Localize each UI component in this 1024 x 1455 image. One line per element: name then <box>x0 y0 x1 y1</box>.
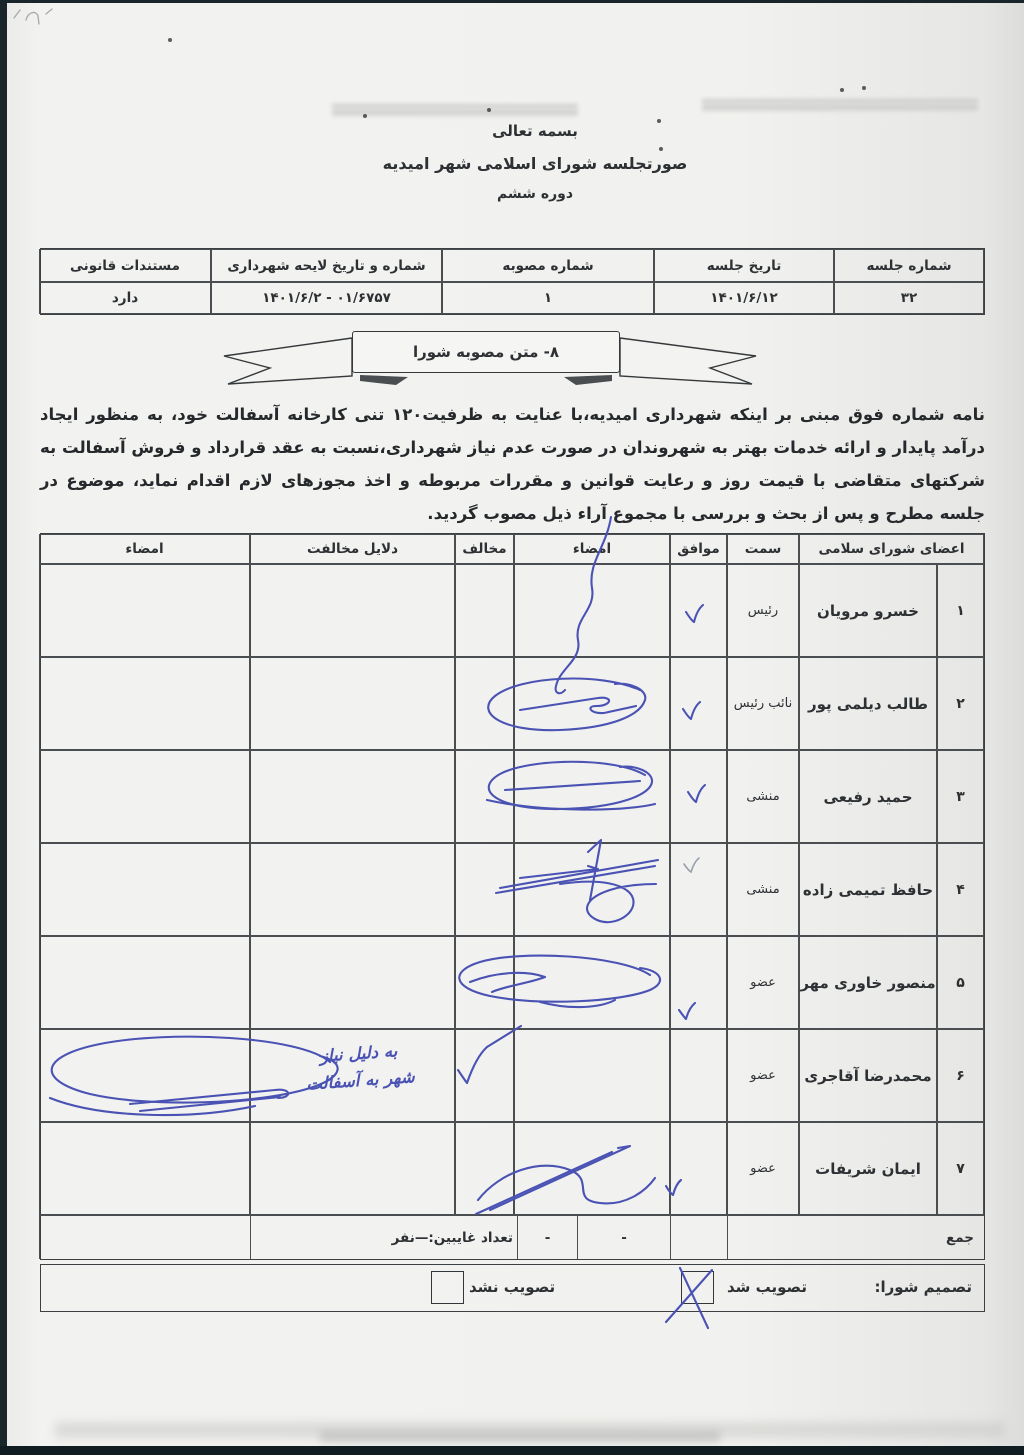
signature2-cell <box>39 657 250 750</box>
row-number: ۳ <box>937 750 984 843</box>
col-legal-docs-header: مستندات قانونی <box>39 249 211 282</box>
council-decision-box: تصمیم شورا: تصویب شد تصویب نشد <box>40 1264 985 1312</box>
col-session-no-header: شماره جلسه <box>834 249 984 282</box>
scanned-document-page: بسمه تعالی صورتجلسه شورای اسلامی شهر امی… <box>0 0 1024 1455</box>
against-cell <box>455 1122 514 1215</box>
header-agree: موافق <box>670 534 727 564</box>
against-reason-cell <box>250 936 455 1029</box>
col-bill-no-header: شماره و تاریخ لایحه شهرداری <box>211 249 442 282</box>
against-cell <box>455 750 514 843</box>
ink-speck <box>840 88 844 92</box>
signature2-cell <box>39 1122 250 1215</box>
signature-cell <box>514 1029 670 1122</box>
member-position: رئیس <box>727 564 799 657</box>
member-name: محمدرضا آقاجری <box>799 1029 937 1122</box>
header-position: سمت <box>727 534 799 564</box>
ink-speck <box>363 114 367 118</box>
member-name: حافظ تمیمی زاده <box>799 843 937 936</box>
agree-cell <box>670 1122 727 1215</box>
decision-label: تصمیم شورا: <box>874 1265 972 1309</box>
bismillah-line: بسمه تعالی <box>46 122 1024 140</box>
signature-cell <box>514 657 670 750</box>
pencil-scribble <box>10 4 60 26</box>
scan-blur-band <box>320 1431 720 1442</box>
signature-cell <box>514 564 670 657</box>
total-empty-agree <box>670 1216 727 1259</box>
col-resolution-no-header: شماره مصوبه <box>442 249 654 282</box>
total-empty-position <box>727 1216 799 1259</box>
rejected-label: تصویب نشد <box>469 1265 555 1309</box>
row-number: ۷ <box>937 1122 984 1215</box>
signature-cell <box>514 936 670 1029</box>
against-reason-cell <box>250 1122 455 1215</box>
ink-speck <box>487 108 491 112</box>
member-position: نائب رئیس <box>727 657 799 750</box>
session-no-value: ۳۲ <box>834 282 984 314</box>
col-session-date-header: تاریخ جلسه <box>654 249 834 282</box>
agree-cell <box>670 657 727 750</box>
agree-cell <box>670 750 727 843</box>
resolution-no-value: ۱ <box>442 282 654 314</box>
total-against-dash: - <box>517 1216 577 1259</box>
member-name: طالب دیلمی پور <box>799 657 937 750</box>
member-name: حمید رفیعی <box>799 750 937 843</box>
member-position: منشی <box>727 843 799 936</box>
scanner-edge-bottom <box>0 1446 1024 1455</box>
total-empty-signature2 <box>39 1216 250 1259</box>
signature2-cell <box>39 936 250 1029</box>
total-label: جمع <box>799 1216 984 1259</box>
signature-cell <box>514 1122 670 1215</box>
document-title: صورتجلسه شورای اسلامی شهر امیدیه <box>46 154 1024 173</box>
row-number: ۱ <box>937 564 984 657</box>
scan-smudge-right <box>702 99 978 112</box>
signature2-cell <box>39 750 250 843</box>
against-cell <box>455 564 514 657</box>
row-number: ۵ <box>937 936 984 1029</box>
signature2-cell <box>39 564 250 657</box>
agree-cell <box>670 936 727 1029</box>
session-date-value: ۱۴۰۱/۶/۱۲ <box>654 282 834 314</box>
scan-smudge-left <box>332 104 578 117</box>
header-against-reasons: دلایل مخالفت <box>250 534 455 564</box>
section-banner: ۸- متن مصوبه شورا <box>352 331 620 373</box>
member-name: خسرو مرویان <box>799 564 937 657</box>
rejected-checkbox <box>431 1271 464 1304</box>
agree-cell <box>670 843 727 936</box>
against-cell <box>455 843 514 936</box>
member-position: منشی <box>727 750 799 843</box>
header-signature2: امضاء <box>39 534 250 564</box>
approved-checkbox <box>681 1271 714 1304</box>
against-cell <box>455 936 514 1029</box>
row-number: ۲ <box>937 657 984 750</box>
agree-cell <box>670 1029 727 1122</box>
scanner-edge-top <box>0 0 1024 3</box>
member-position: عضو <box>727 1122 799 1215</box>
row-number: ۶ <box>937 1029 984 1122</box>
member-position: عضو <box>727 1029 799 1122</box>
signature-cell <box>514 843 670 936</box>
signature2-cell <box>39 843 250 936</box>
against-cell <box>455 1029 514 1122</box>
ink-speck <box>168 38 172 42</box>
document-header: بسمه تعالی صورتجلسه شورای اسلامی شهر امی… <box>46 122 1024 202</box>
member-name: منصور خاوری مهر <box>799 936 937 1029</box>
member-position: عضو <box>727 936 799 1029</box>
term-line: دوره ششم <box>46 186 1024 202</box>
against-reason-cell <box>250 843 455 936</box>
member-name: ایمان شریفات <box>799 1122 937 1215</box>
signature2-cell <box>39 1029 250 1122</box>
header-signature: امضاء <box>514 534 670 564</box>
legal-docs-value: دارد <box>39 282 211 314</box>
ink-speck <box>862 86 866 90</box>
agree-cell <box>670 564 727 657</box>
against-cell <box>455 657 514 750</box>
against-reason-cell <box>250 564 455 657</box>
scanner-edge-left <box>0 0 7 1455</box>
total-row: جمع - - تعداد غایبین:—نفر <box>39 1215 984 1259</box>
resolution-text: نامه شماره فوق مبنی بر اینکه شهرداری امی… <box>40 398 985 530</box>
vote-table: اعضای شورای سلامی سمت موافق امضاء مخالف … <box>40 533 985 1260</box>
signature-cell <box>514 750 670 843</box>
absent-count-label: تعداد غایبین:—نفر <box>250 1216 517 1259</box>
approved-label: تصویب شد <box>727 1265 807 1309</box>
against-reason-cell <box>250 750 455 843</box>
session-info-table: شماره جلسه تاریخ جلسه شماره مصوبه شماره … <box>40 248 985 315</box>
bill-no-value: ۱۴۰۱/۶/۲ - ۰۱/۶۷۵۷ <box>262 290 391 306</box>
header-against: مخالف <box>455 534 514 564</box>
total-signature-dash: - <box>577 1216 670 1259</box>
row-number: ۴ <box>937 843 984 936</box>
against-reason-cell <box>250 657 455 750</box>
header-members: اعضای شورای سلامی <box>799 534 984 564</box>
